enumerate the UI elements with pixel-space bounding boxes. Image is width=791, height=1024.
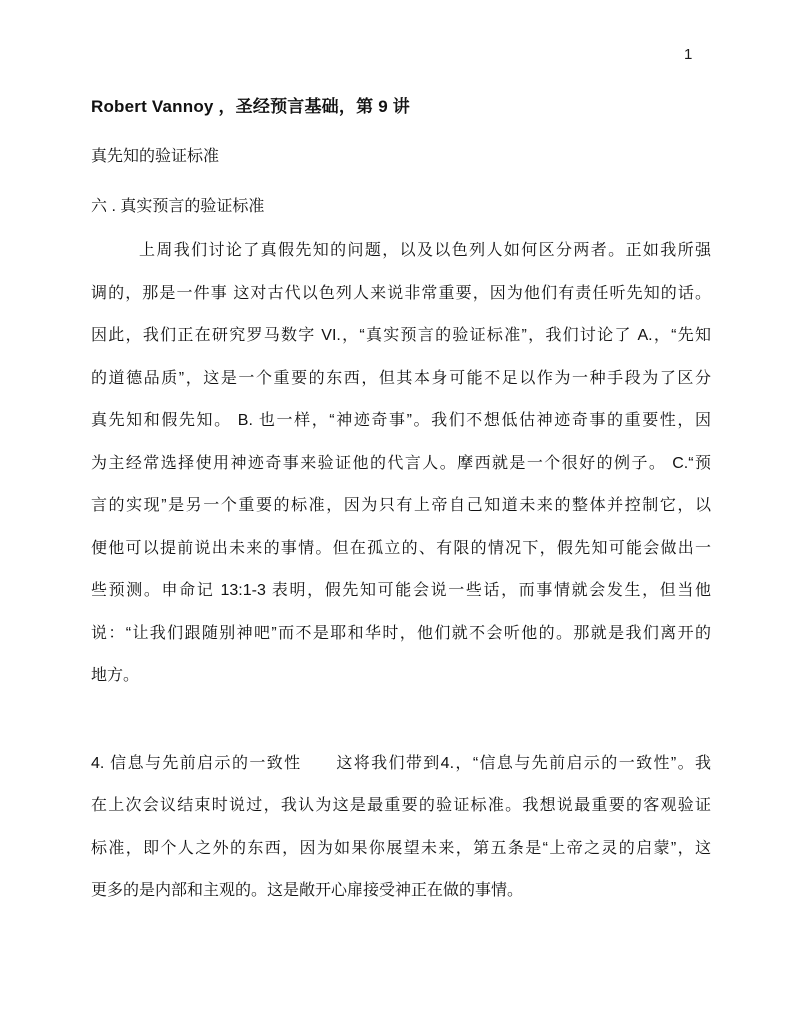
document-subtitle: 真先知的验证标准 [91,145,711,169]
paragraph-1-line: 说：“让我们跟随别神吧”而不是耶和华时，他们就不会听他的。那就是我们离开的 [91,613,711,656]
paragraph-1-line: 地方。 [91,655,711,698]
document-content: Robert Vannoy ，圣经预言基础，第 9 讲 真先知的验证标准 六 .… [91,0,711,913]
paragraph-2-line: 标准，即个人之外的东西，因为如果你展望未来，第五条是“上帝之灵的启蒙”，这 [91,828,711,871]
paragraph-1-line: 些预测。申命记 13:1-3 表明，假先知可能会说一些话，而事情就会发生，但当他 [91,570,711,613]
section-heading: 六 . 真实预言的验证标准 [91,195,711,219]
document-page: 1 Robert Vannoy ，圣经预言基础，第 9 讲 真先知的验证标准 六… [0,0,791,1024]
paragraph-1-line: 上周我们讨论了真假先知的问题，以及以色列人如何区分两者。正如我所强 [91,230,711,273]
paragraph-1: 上周我们讨论了真假先知的问题，以及以色列人如何区分两者。正如我所强 调的，那是一… [91,230,711,698]
paragraph-1-line: 的道德品质”，这是一个重要的东西，但其本身可能不足以作为一种手段为了区分 [91,358,711,401]
paragraph-2-line: 更多的是内部和主观的。这是敞开心扉接受神正在做的事情。 [91,870,711,913]
paragraph-1-line: 调的，那是一件事 这对古代以色列人来说非常重要，因为他们有责任听先知的话。 [91,273,711,316]
paragraph-1-line: 真先知和假先知。 B. 也一样，“神迹奇事”。我们不想低估神迹奇事的重要性，因 [91,400,711,443]
paragraph-2: 4. 信息与先前启示的一致性 这将我们带到4.，“信息与先前启示的一致性”。我 … [91,743,711,913]
paragraph-2-line: 4. 信息与先前启示的一致性 这将我们带到4.，“信息与先前启示的一致性”。我 [91,743,711,786]
paragraph-1-line: 便他可以提前说出未来的事情。但在孤立的、有限的情况下，假先知可能会做出一 [91,528,711,571]
paragraph-1-line: 言的实现”是另一个重要的标准，因为只有上帝自己知道未来的整体并控制它，以 [91,485,711,528]
paragraph-1-line: 为主经常选择使用神迹奇事来验证他的代言人。摩西就是一个很好的例子。 C.“预 [91,443,711,486]
paragraph-2-line: 在上次会议结束时说过，我认为这是最重要的验证标准。我想说最重要的客观验证 [91,785,711,828]
document-title: Robert Vannoy ，圣经预言基础，第 9 讲 [91,95,711,119]
paragraph-1-line: 因此，我们正在研究罗马数字 VI.，“真实预言的验证标准”，我们讨论了 A.，“… [91,315,711,358]
